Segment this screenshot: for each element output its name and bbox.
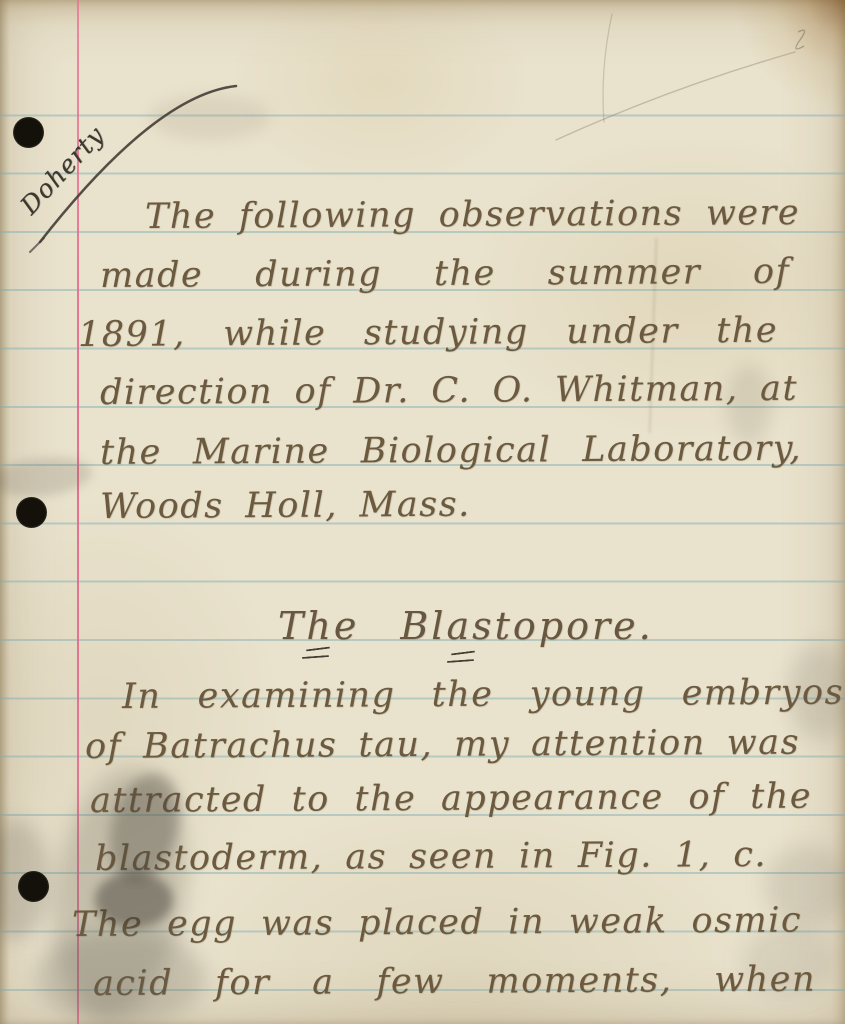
punch-hole (16, 497, 47, 528)
manuscript-page: The following observations were made dur… (0, 0, 845, 1024)
punch-hole (18, 871, 49, 902)
pen-slash-mark (0, 0, 845, 1024)
punch-hole (13, 117, 44, 148)
